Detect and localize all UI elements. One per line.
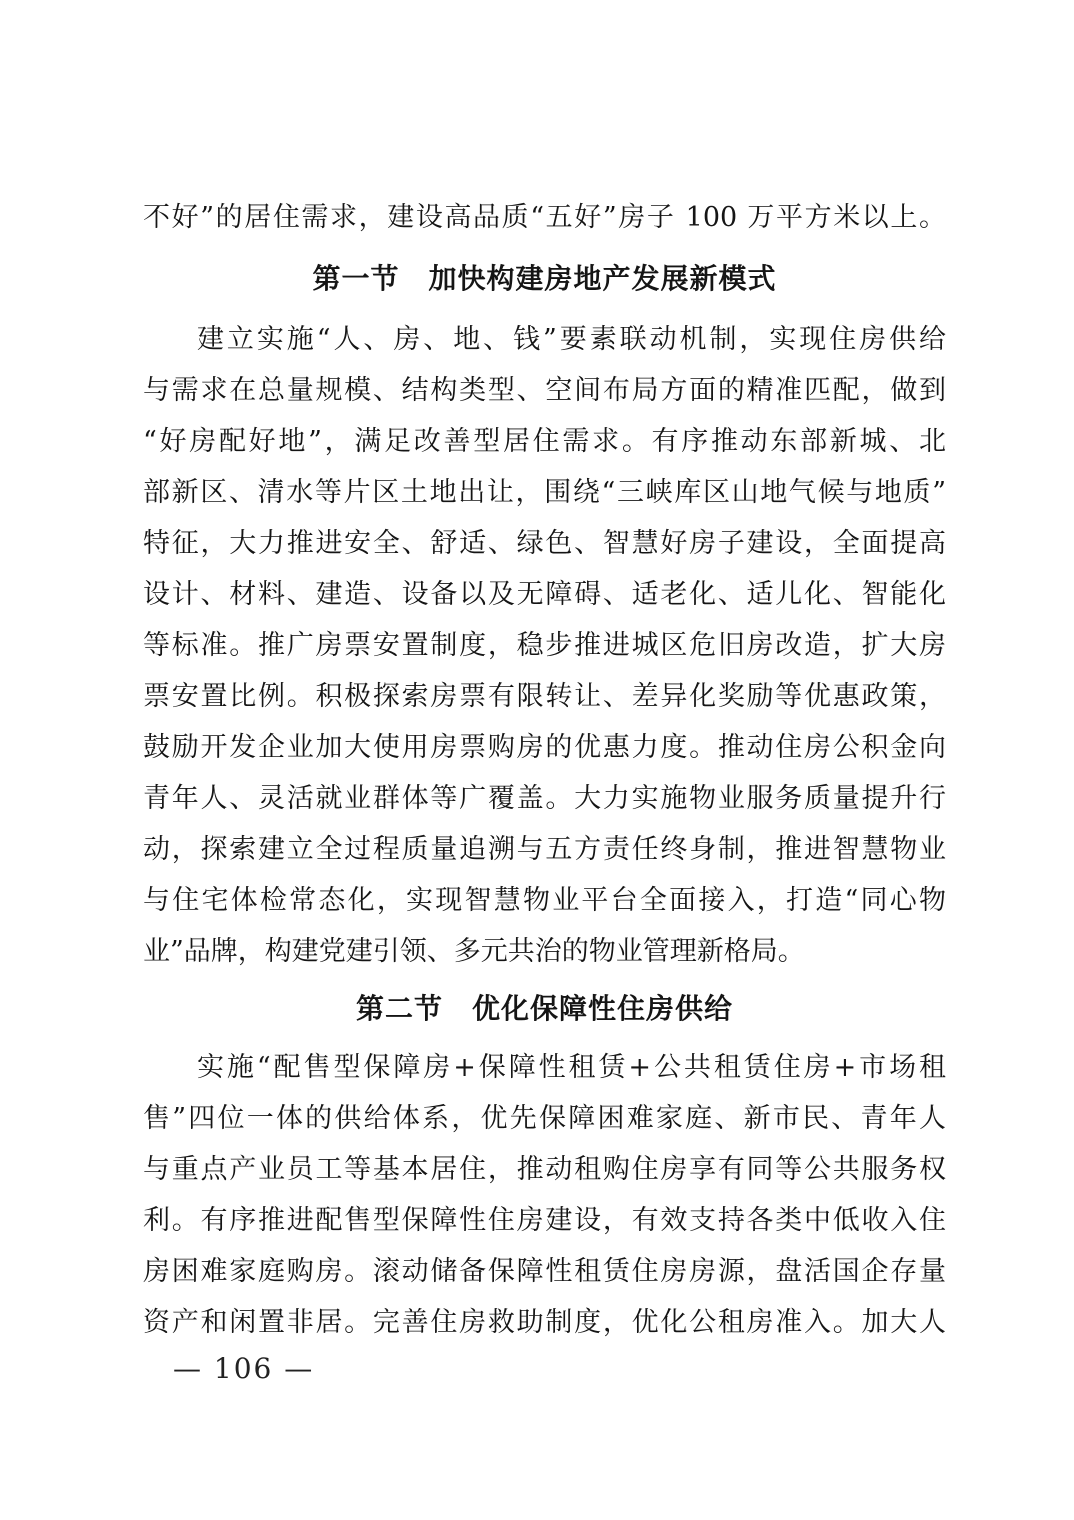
section1-heading: 第一节 加快构建房地产发展新模式 [143, 253, 946, 304]
document-page: 不好”的居住需求，建设高品质“五好”房子 100 万平方米以上。 第一节 加快构… [0, 0, 1074, 1520]
text-line: 建立实施“人、房、地、钱”要素联动机制，实现住房供给 [143, 314, 946, 365]
text-line: 与住宅体检常态化，实现智慧物业平台全面接入，打造“同心物 [143, 875, 946, 926]
text-line: 与需求在总量规模、结构类型、空间布局方面的精准匹配，做到 [143, 365, 946, 416]
text-line: 青年人、灵活就业群体等广覆盖。大力实施物业服务质量提升行 [143, 773, 946, 824]
text-line: 利。有序推进配售型保障性住房建设，有效支持各类中低收入住 [143, 1195, 946, 1246]
text-line: 动，探索建立全过程质量追溯与五方责任终身制，推进智慧物业 [143, 824, 946, 875]
section2-heading: 第二节 优化保障性住房供给 [143, 983, 946, 1034]
page-number: — 106 — [173, 1349, 314, 1389]
text-line: 等标准。推广房票安置制度，稳步推进城区危旧房改造，扩大房 [143, 620, 946, 671]
text-line: 与重点产业员工等基本居住，推动租购住房享有同等公共服务权 [143, 1144, 946, 1195]
text-line: 鼓励开发企业加大使用房票购房的优惠力度。推动住房公积金向 [143, 722, 946, 773]
section2-paragraph: 实施“配售型保障房+保障性租赁+公共租赁住房+市场租 售”四位一体的供给体系，优… [143, 1042, 946, 1348]
text-line: 房困难家庭购房。滚动储备保障性租赁住房房源，盘活国企存量 [143, 1246, 946, 1297]
text-line: 售”四位一体的供给体系，优先保障困难家庭、新市民、青年人 [143, 1093, 946, 1144]
text-line: 实施“配售型保障房+保障性租赁+公共租赁住房+市场租 [143, 1042, 946, 1093]
text-line: 业”品牌，构建党建引领、多元共治的物业管理新格局。 [143, 926, 946, 977]
text-line: “好房配好地”，满足改善型居住需求。有序推动东部新城、北 [143, 416, 946, 467]
text-line: 特征，大力推进安全、舒适、绿色、智慧好房子建设，全面提高 [143, 518, 946, 569]
text-line: 票安置比例。积极探索房票有限转让、差异化奖励等优惠政策， [143, 671, 946, 722]
page-content: 不好”的居住需求，建设高品质“五好”房子 100 万平方米以上。 第一节 加快构… [143, 192, 946, 1348]
text-line: 资产和闲置非居。完善住房救助制度，优化公租房准入。加大人 [143, 1297, 946, 1348]
paragraph-continuation-line: 不好”的居住需求，建设高品质“五好”房子 100 万平方米以上。 [143, 192, 946, 243]
text-line: 设计、材料、建造、设备以及无障碍、适老化、适儿化、智能化 [143, 569, 946, 620]
section1-paragraph: 建立实施“人、房、地、钱”要素联动机制，实现住房供给 与需求在总量规模、结构类型… [143, 314, 946, 977]
text-line: 部新区、清水等片区土地出让，围绕“三峡库区山地气候与地质” [143, 467, 946, 518]
